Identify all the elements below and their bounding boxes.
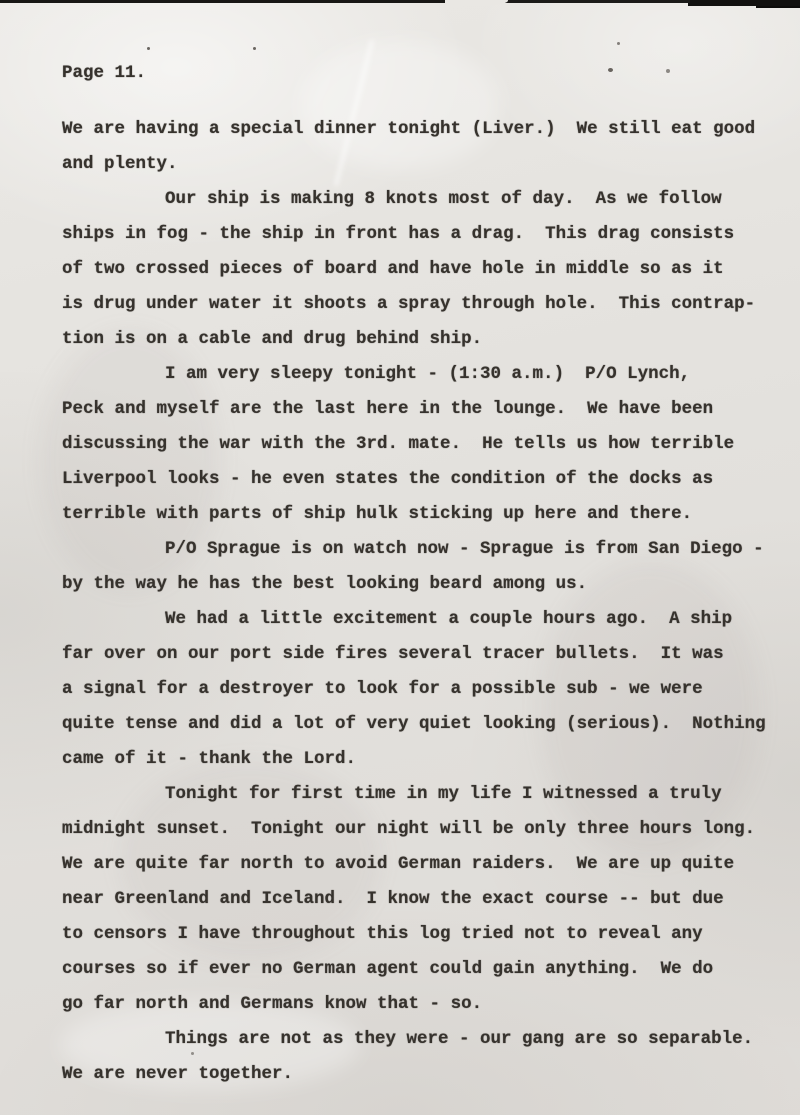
page-number-label: Page 11.	[62, 62, 146, 84]
text-line: Peck and myself are the last here in the…	[62, 392, 774, 427]
scan-speck	[147, 47, 150, 50]
text-line: to censors I have throughout this log tr…	[62, 917, 774, 952]
text-line: courses so if ever no German agent could…	[62, 952, 774, 987]
text-line: go far north and Germans know that - so.	[62, 987, 774, 1022]
text-line: P/O Sprague is on watch now - Sprague is…	[62, 532, 774, 567]
text-line: I am very sleepy tonight - (1:30 a.m.) P…	[62, 357, 774, 392]
scanned-page: Page 11. We are having a special dinner …	[0, 0, 800, 1115]
text-line: far over on our port side fires several …	[62, 637, 774, 672]
text-line: Things are not as they were - our gang a…	[62, 1022, 774, 1057]
text-line: midnight sunset. Tonight our night will …	[62, 812, 774, 847]
text-line: tion is on a cable and drug behind ship.	[62, 322, 774, 357]
paragraph: Our ship is making 8 knots most of day. …	[62, 182, 774, 357]
text-line: discussing the war with the 3rd. mate. H…	[62, 427, 774, 462]
text-line: Our ship is making 8 knots most of day. …	[62, 182, 774, 217]
text-line: Liverpool looks - he even states the con…	[62, 462, 774, 497]
text-line: We are never together.	[62, 1057, 774, 1092]
text-line: ships in fog - the ship in front has a d…	[62, 217, 774, 252]
text-line: quite tense and did a lot of very quiet …	[62, 707, 774, 742]
text-line: is drug under water it shoots a spray th…	[62, 287, 774, 322]
scan-speck	[253, 47, 256, 50]
scan-edge-artifact	[0, 0, 800, 10]
text-line: came of it - thank the Lord.	[62, 742, 774, 777]
text-line: We are quite far north to avoid German r…	[62, 847, 774, 882]
text-line: terrible with parts of ship hulk stickin…	[62, 497, 774, 532]
paragraph: Things are not as they were - our gang a…	[62, 1022, 774, 1092]
scan-speck	[617, 42, 620, 45]
scan-speck	[608, 68, 613, 72]
paragraph: P/O Sprague is on watch now - Sprague is…	[62, 532, 774, 602]
text-line: by the way he has the best looking beard…	[62, 567, 774, 602]
paragraph: Tonight for first time in my life I witn…	[62, 777, 774, 1022]
scan-speck	[666, 69, 670, 73]
text-line: We are having a special dinner tonight (…	[62, 112, 774, 147]
paragraph: We are having a special dinner tonight (…	[62, 112, 774, 182]
text-line: Tonight for first time in my life I witn…	[62, 777, 774, 812]
text-line: and plenty.	[62, 147, 774, 182]
paragraph: We had a little excitement a couple hour…	[62, 602, 774, 777]
text-line: of two crossed pieces of board and have …	[62, 252, 774, 287]
document-body: We are having a special dinner tonight (…	[62, 112, 774, 1092]
paragraph: I am very sleepy tonight - (1:30 a.m.) P…	[62, 357, 774, 532]
text-line: We had a little excitement a couple hour…	[62, 602, 774, 637]
text-line: a signal for a destroyer to look for a p…	[62, 672, 774, 707]
text-line: near Greenland and Iceland. I know the e…	[62, 882, 774, 917]
